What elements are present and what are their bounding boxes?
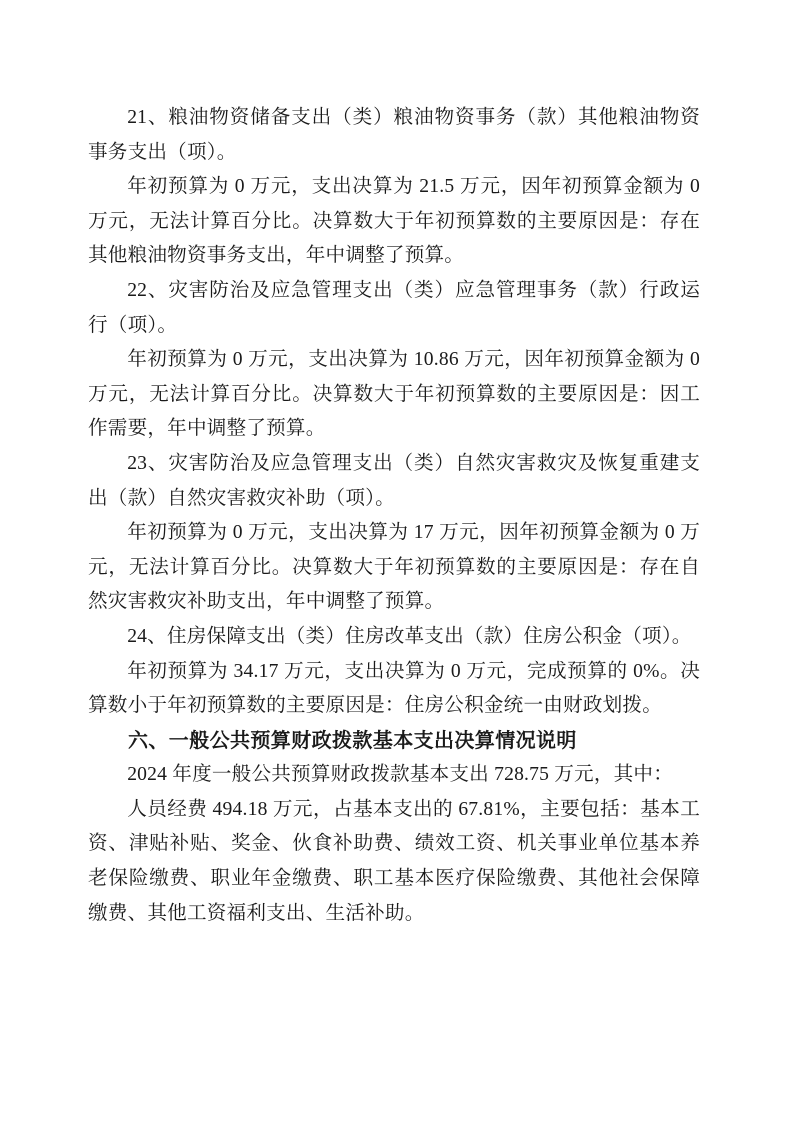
item-23-detail: 年初预算为 0 万元，支出决算为 17 万元，因年初预算金额为 0 万元，无法计… xyxy=(88,516,700,620)
item-24-title: 24、住房保障支出（类）住房改革支出（款）住房公积金（项）。 xyxy=(88,620,700,655)
item-21-detail: 年初预算为 0 万元，支出决算为 21.5 万元，因年初预算金额为 0 万元，无… xyxy=(88,170,700,274)
item-24-detail: 年初预算为 34.17 万元，支出决算为 0 万元，完成预算的 0%。决算数小于… xyxy=(88,655,700,724)
basic-expenditure-total: 2024 年度一般公共预算财政拨款基本支出 728.75 万元，其中： xyxy=(88,758,700,793)
document-body: 21、粮油物资储备支出（类）粮油物资事务（款）其他粮油物资事务支出（项）。 年初… xyxy=(88,101,700,931)
item-21-title: 21、粮油物资储备支出（类）粮油物资事务（款）其他粮油物资事务支出（项）。 xyxy=(88,101,700,170)
item-22-title: 22、灾害防治及应急管理支出（类）应急管理事务（款）行政运行（项）。 xyxy=(88,274,700,343)
item-22-detail: 年初预算为 0 万元，支出决算为 10.86 万元，因年初预算金额为 0 万元，… xyxy=(88,343,700,447)
section-6-heading: 六、一般公共预算财政拨款基本支出决算情况说明 xyxy=(88,724,700,759)
personnel-expense-detail: 人员经费 494.18 万元，占基本支出的 67.81%，主要包括：基本工资、津… xyxy=(88,793,700,931)
document-page: 21、粮油物资储备支出（类）粮油物资事务（款）其他粮油物资事务支出（项）。 年初… xyxy=(0,0,793,1122)
item-23-title: 23、灾害防治及应急管理支出（类）自然灾害救灾及恢复重建支出（款）自然灾害救灾补… xyxy=(88,447,700,516)
